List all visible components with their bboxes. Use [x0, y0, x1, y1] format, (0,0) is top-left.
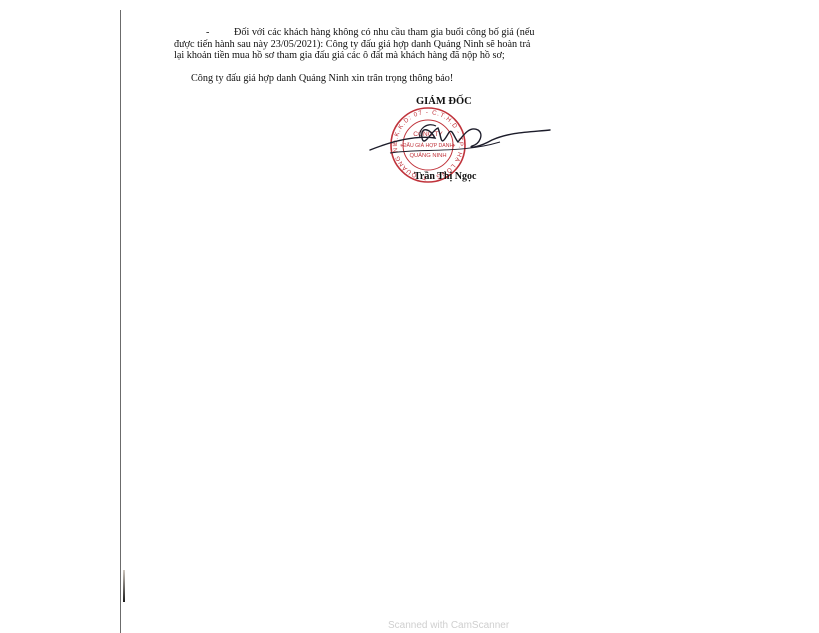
- signer-name: Trần Thị Ngọc: [414, 171, 476, 182]
- handwritten-signature-icon: [360, 108, 560, 168]
- paragraph-refund-notice: -Đối với các khách hàng không có nhu cầu…: [174, 27, 534, 62]
- paragraph-line-2: được tiến hành sau này 23/05/2021): Công…: [174, 39, 534, 51]
- closing-statement: Công ty đấu giá hợp danh Quảng Ninh xin …: [191, 73, 453, 85]
- bullet-dash: -: [206, 27, 234, 39]
- camscanner-watermark: Scanned with CamScanner: [388, 620, 509, 631]
- paragraph-line-1: Đối với các khách hàng không có nhu cầu …: [234, 27, 534, 38]
- scan-artifact-mark: [123, 570, 125, 602]
- page-left-border: [120, 10, 121, 633]
- paragraph-line-3: lại khoản tiền mua hồ sơ tham gia đấu gi…: [174, 50, 534, 62]
